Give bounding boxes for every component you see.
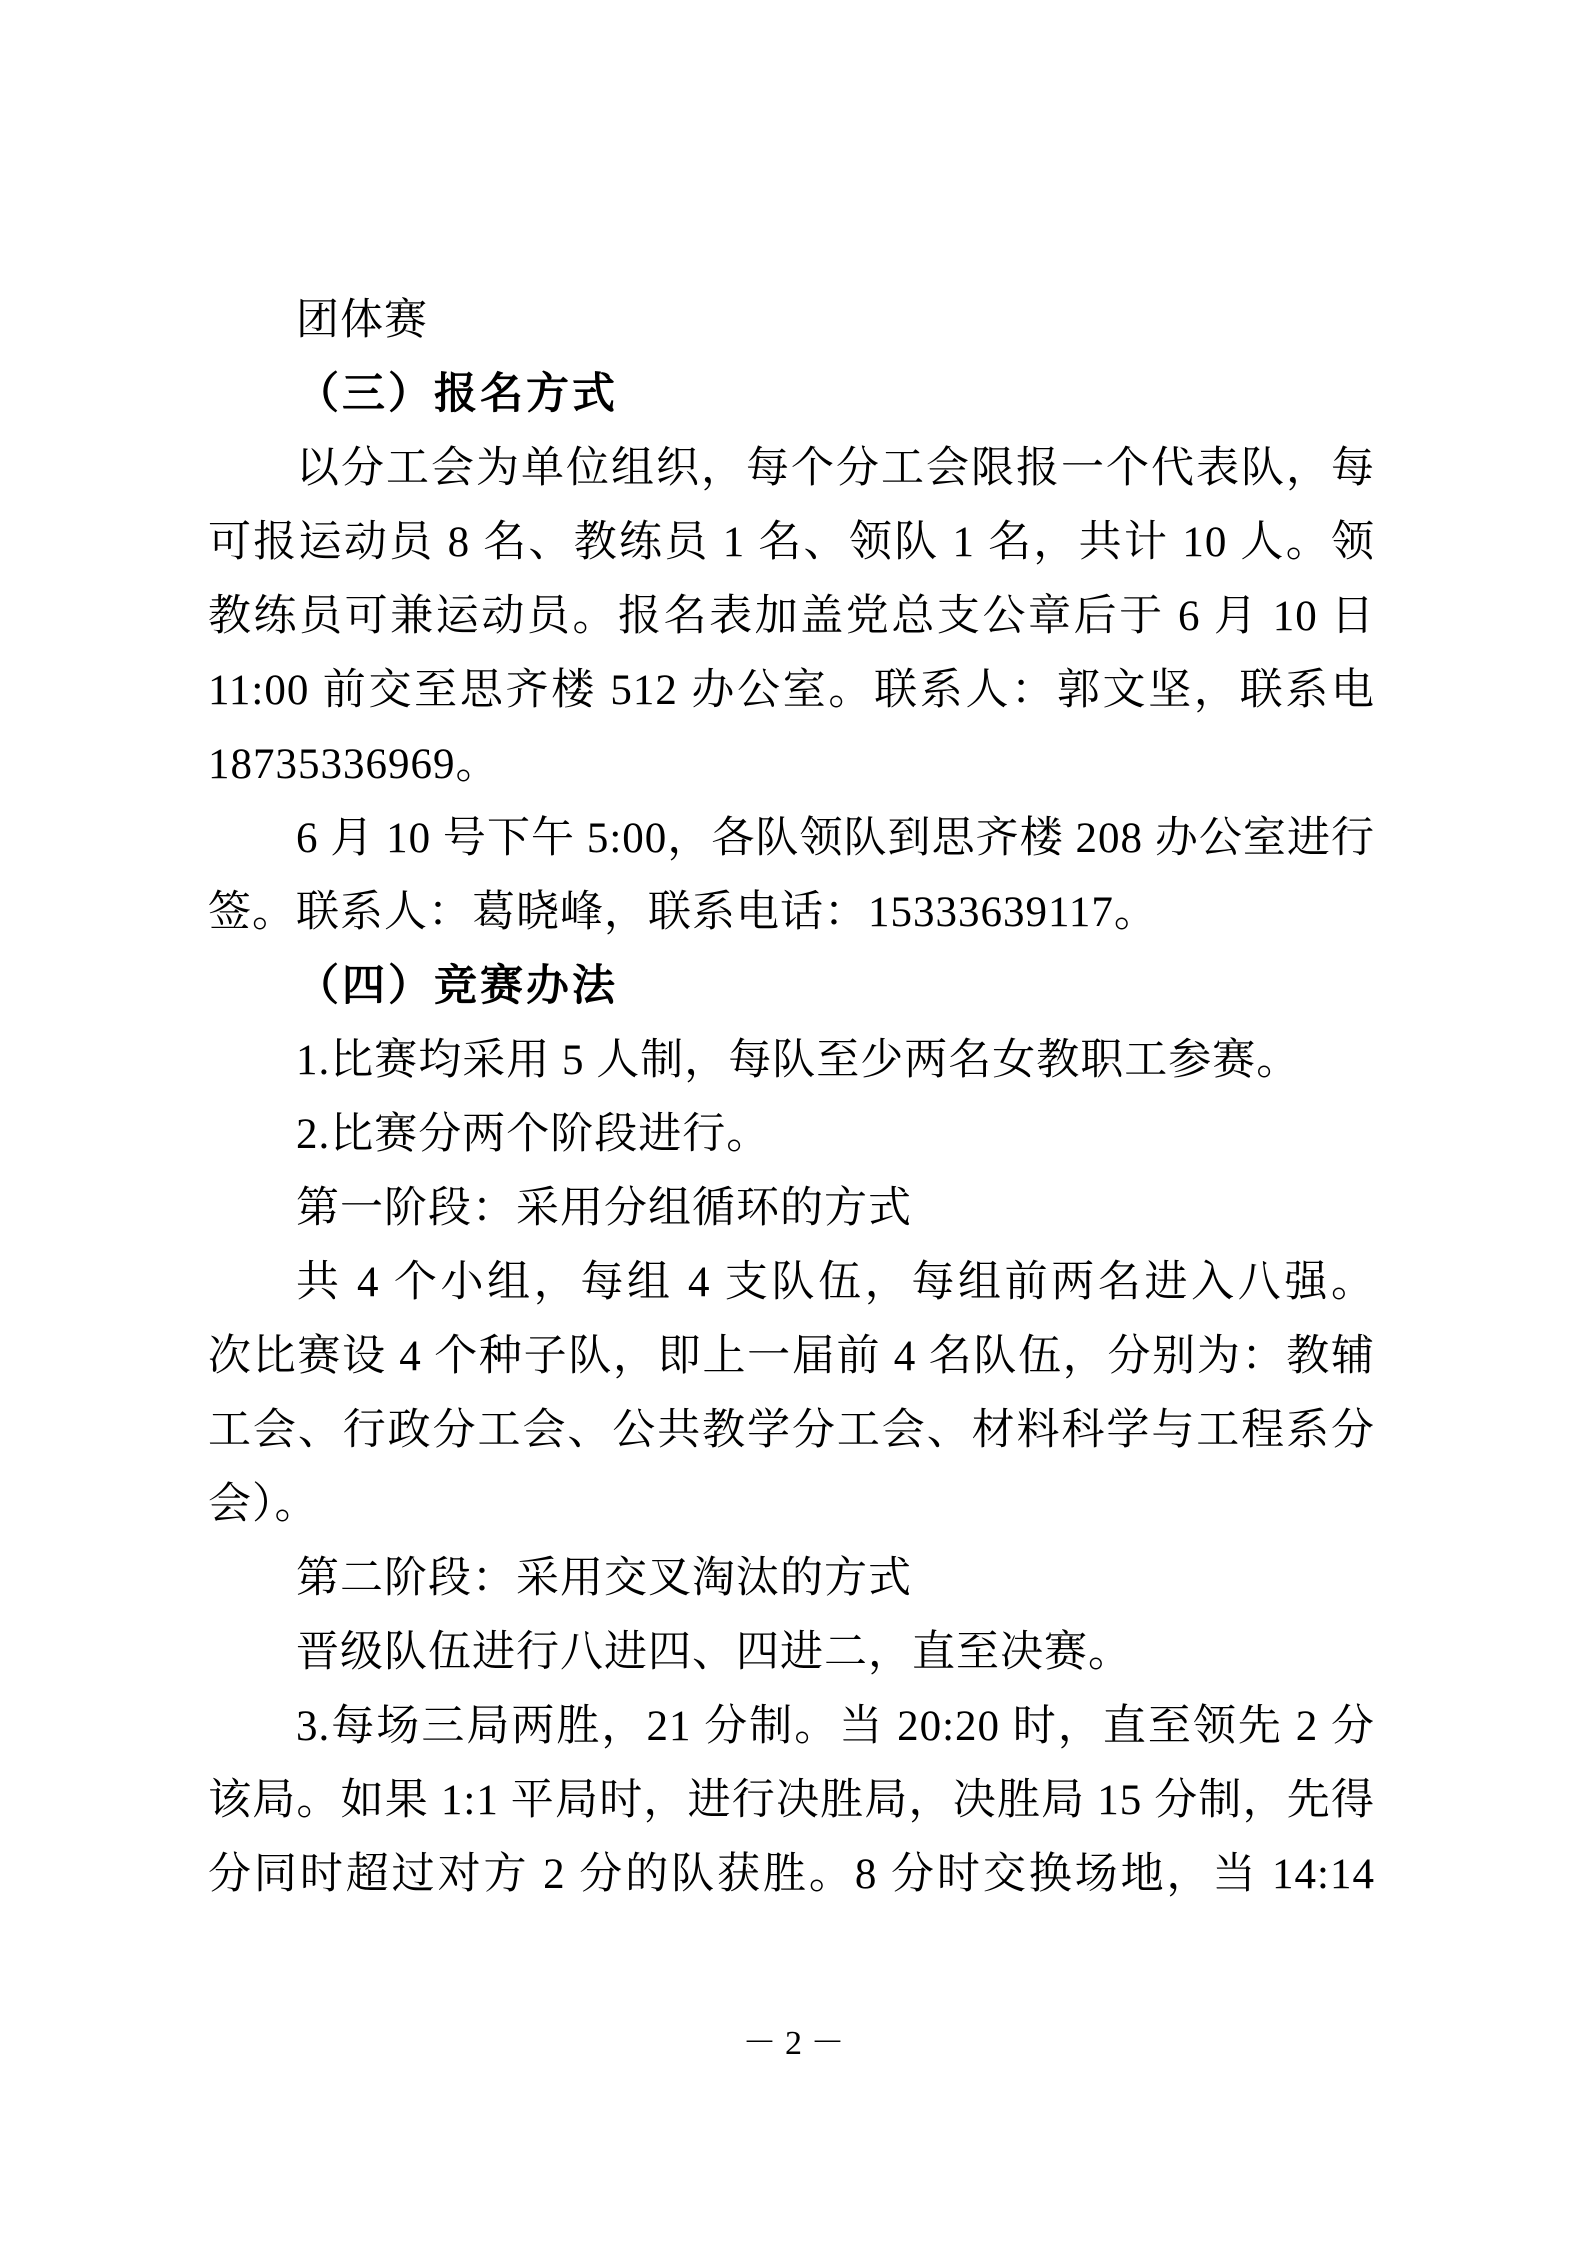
paragraph: 共 4 个小组，每组 4 支队伍，每组前两名进入八强。（本次比赛设 4 个种子队… <box>208 1246 1375 1542</box>
paragraph: 以分工会为单位组织，每个分工会限报一个代表队，每队可报运动员 8 名、教练员 1… <box>208 432 1375 802</box>
paragraph: 团体赛 <box>208 284 1375 358</box>
text-line: 11:00 前交至思齐楼 512 办公室。联系人：郭文坚，联系电话： <box>208 654 1375 728</box>
paragraph: 3.每场三局两胜，21 分制。当 20:20 时，直至领先 2 分为胜该局。如果… <box>208 1690 1375 1912</box>
page-number: － 2 － <box>0 2024 1587 2064</box>
text-line: 可报运动员 8 名、教练员 1 名、领队 1 名，共计 10 人。领队、 <box>208 506 1375 580</box>
document-body: 团体赛（三）报名方式以分工会为单位组织，每个分工会限报一个代表队，每队可报运动员… <box>208 284 1375 1912</box>
text-line: （四）竞赛办法 <box>208 950 1375 1024</box>
text-line: 以分工会为单位组织，每个分工会限报一个代表队，每队 <box>208 432 1375 506</box>
text-line: 签。联系人：葛晓峰，联系电话：15333639117。 <box>208 876 1375 950</box>
text-line: 第一阶段：采用分组循环的方式 <box>208 1172 1375 1246</box>
text-line: 2.比赛分两个阶段进行。 <box>208 1098 1375 1172</box>
section-heading: （四）竞赛办法 <box>208 950 1375 1024</box>
paragraph: 1.比赛均采用 5 人制，每队至少两名女教职工参赛。 <box>208 1024 1375 1098</box>
paragraph: 晋级队伍进行八进四、四进二，直至决赛。 <box>208 1616 1375 1690</box>
text-line: 第二阶段：采用交叉淘汰的方式 <box>208 1542 1375 1616</box>
paragraph: 6 月 10 号下午 5:00，各队领队到思齐楼 208 办公室进行抽签。联系人… <box>208 802 1375 950</box>
text-line: 团体赛 <box>208 284 1375 358</box>
text-line: 1.比赛均采用 5 人制，每队至少两名女教职工参赛。 <box>208 1024 1375 1098</box>
text-line: 该局。如果 1:1 平局时，进行决胜局，决胜局 15 分制，先得 15 <box>208 1764 1375 1838</box>
text-line: 教练员可兼运动员。报名表加盖党总支公章后于 6 月 10 日上午 <box>208 580 1375 654</box>
text-line: 3.每场三局两胜，21 分制。当 20:20 时，直至领先 2 分为胜 <box>208 1690 1375 1764</box>
text-line: 分同时超过对方 2 分的队获胜。8 分时交换场地，当 14:14 时， <box>208 1838 1375 1912</box>
paragraph: 第二阶段：采用交叉淘汰的方式 <box>208 1542 1375 1616</box>
document-page: 团体赛（三）报名方式以分工会为单位组织，每个分工会限报一个代表队，每队可报运动员… <box>0 0 1587 2245</box>
section-heading: （三）报名方式 <box>208 358 1375 432</box>
text-line: 工会、行政分工会、公共教学分工会、材料科学与工程系分工 <box>208 1394 1375 1468</box>
text-line: 晋级队伍进行八进四、四进二，直至决赛。 <box>208 1616 1375 1690</box>
text-line: （三）报名方式 <box>208 358 1375 432</box>
text-line: 18735336969。 <box>208 728 1375 802</box>
text-line: 会）。 <box>208 1468 1375 1542</box>
text-line: 共 4 个小组，每组 4 支队伍，每组前两名进入八强。（本 <box>208 1246 1375 1320</box>
text-line: 次比赛设 4 个种子队，即上一届前 4 名队伍，分别为：教辅分 <box>208 1320 1375 1394</box>
paragraph: 第一阶段：采用分组循环的方式 <box>208 1172 1375 1246</box>
paragraph: 2.比赛分两个阶段进行。 <box>208 1098 1375 1172</box>
text-line: 6 月 10 号下午 5:00，各队领队到思齐楼 208 办公室进行抽 <box>208 802 1375 876</box>
